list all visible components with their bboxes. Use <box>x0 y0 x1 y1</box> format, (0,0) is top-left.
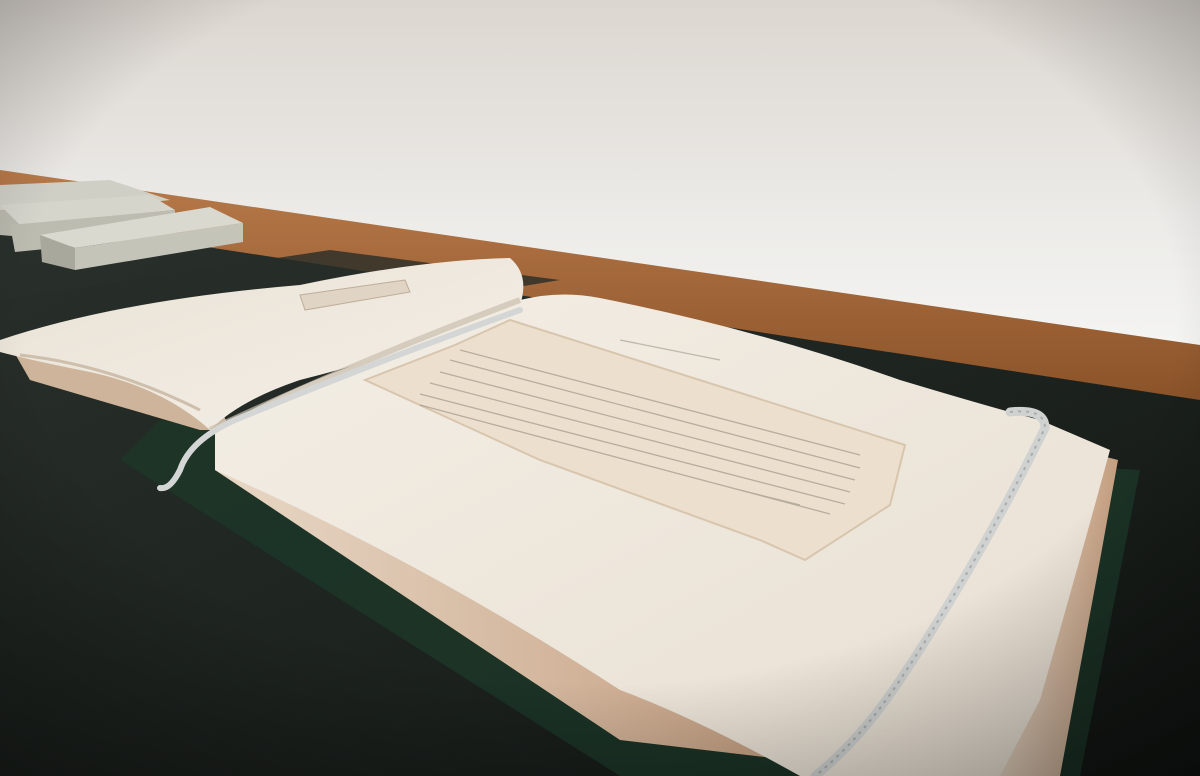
manuscript-photo <box>0 0 1200 776</box>
